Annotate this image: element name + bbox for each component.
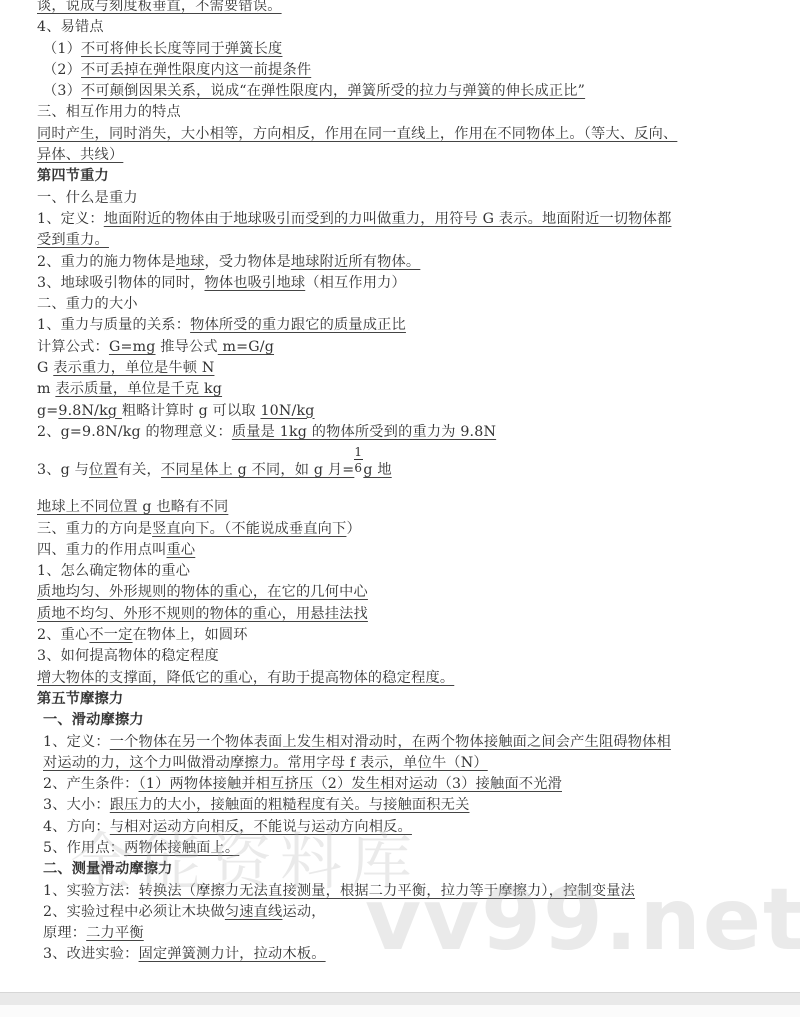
underlined-key-text: 匀速直线 — [225, 904, 283, 920]
text-line: （2）不可丢掉在弹性限度内这一前提条件 — [37, 60, 777, 81]
underlined-key-text: 质地不均匀、外形不规则的物体的重心，用悬挂法找 — [37, 606, 368, 622]
text-line: 4、方向：与相对运动方向相反，不能说与运动方向相反。 — [37, 817, 777, 838]
text-span: （相互作用力） — [305, 275, 406, 291]
underlined-key-text: g 地 — [363, 462, 391, 478]
text-line: 质地均匀、外形规则的物体的重心，在它的几何中心 — [37, 582, 777, 603]
fraction-numerator: 1 — [354, 446, 362, 458]
underlined-key-text: 不可将伸长长度等同于弹簧长度 — [81, 41, 282, 57]
text-span: 1、重力与质量的关系： — [37, 317, 190, 333]
underlined-key-text: 固定弹簧测力计，拉动木板。 — [139, 946, 326, 962]
underlined-key-text: 受到重力。 — [37, 232, 109, 248]
underlined-key-text: 10N/kg — [260, 403, 314, 419]
text-line: 1、实验方法：转换法（摩擦力无法直接测量，根据二力平衡，拉力等于摩擦力），控制变… — [37, 881, 777, 902]
text-span: 粗略计算时 g 可以取 — [122, 403, 261, 419]
fraction-bar — [354, 459, 363, 460]
text-line: 1、定义：一个物体在另一个物体表面上发生相对滑动时，在两个物体接触面之间会产生阻… — [37, 732, 777, 753]
underlined-key-text: 竖直向下。（不能说成垂直向下 — [152, 521, 346, 537]
text-span: 1、怎么确定物体的重心 — [37, 563, 190, 579]
text-span: ，受力物体是 — [205, 254, 291, 270]
text-line: 2、g=9.8N/kg 的物理意义：质量是 1kg 的物体所受到的重力为 9.8… — [37, 422, 777, 443]
underlined-key-text: 一个物体在另一个物体表面上发生相对滑动时，在两个物体接触面之间会产生阻碍物体相 — [110, 734, 671, 750]
text-line: G 表示重力，单位是牛顿 N — [37, 358, 777, 379]
underlined-key-text: 表示质量，单位是千克 kg — [55, 381, 222, 397]
text-span: 2、实验过程中必须让木块做 — [43, 904, 225, 920]
section-heading: 第五节摩擦力 — [37, 689, 777, 710]
text-span: 四、重力的作用点叫 — [37, 542, 167, 558]
text-line: 2、重力的施力物体是地球，受力物体是地球附近所有物体。 — [37, 252, 777, 273]
text-span: 5、作用点： — [43, 840, 124, 856]
text-span: 有关， — [118, 462, 161, 478]
section-heading: 二、测量滑动摩擦力 — [37, 859, 777, 880]
text-line: 增大物体的支撑面，降低它的重心，有助于提高物体的稳定程度。 — [37, 668, 777, 689]
text-span: 2、g=9.8N/kg 的物理意义： — [37, 424, 232, 440]
underlined-key-text: 物体所受的重力跟它的质量成正比 — [190, 317, 406, 333]
text-span: 1、定义： — [37, 211, 104, 227]
text-span: 计算公式： — [37, 339, 109, 355]
text-span: 第四节重力 — [37, 168, 109, 184]
text-span: 一、什么是重力 — [37, 190, 138, 206]
section-heading: 一、滑动摩擦力 — [37, 710, 777, 731]
underlined-key-text: m=G/g — [218, 339, 274, 355]
text-line: （1）不可将伸长长度等同于弹簧长度 — [37, 39, 777, 60]
underlined-key-text: 不可颠倒因果关系，说成“在弹性限度内，弹簧所受的拉力与弹簧的伸长成正比” — [81, 83, 585, 99]
text-line: m 表示质量，单位是千克 kg — [37, 379, 777, 400]
text-line: 2、实验过程中必须让木块做匀速直线运动， — [37, 902, 777, 923]
text-line: 1、重力与质量的关系：物体所受的重力跟它的质量成正比 — [37, 315, 777, 336]
underlined-key-text: 对运动的力，这个力叫做滑动摩擦力。常用字母 f 表示，单位牛（N） — [43, 755, 488, 771]
underlined-key-text: 地球上不同位置 g 也略有不同 — [37, 499, 228, 515]
text-span: 二、测量滑动摩擦力 — [43, 861, 173, 877]
text-span: 4、方向： — [43, 819, 110, 835]
text-line: （3）不可颠倒因果关系，说成“在弹性限度内，弹簧所受的拉力与弹簧的伸长成正比” — [37, 81, 777, 102]
underlined-key-text: 表示重力，单位是牛顿 N — [53, 360, 214, 376]
page-separator — [0, 992, 800, 1006]
text-line: 2、重心不一定在物体上，如圆环 — [37, 625, 777, 646]
underlined-key-text: 同时产生，同时消失，大小相等，方向相反，作用在同一直线上，作用在不同物体上。（等… — [37, 126, 677, 142]
text-span: G — [37, 360, 53, 376]
text-span: 4、易错点 — [37, 19, 104, 35]
text-line: 4、易错点 — [37, 17, 777, 38]
underlined-key-text: 地面附近的物体由于地球吸引而受到的力叫做重力，用符号 G 表示。地面附近一切物体… — [104, 211, 672, 227]
next-page-top — [0, 1005, 800, 1017]
section-heading: 第四节重力 — [37, 166, 777, 187]
underlined-key-text: 与相对运动方向相反，不能说与运动方向相反。 — [110, 819, 412, 835]
text-span: 在物体上，如圆环 — [133, 627, 248, 643]
text-span: 三、相互作用力的特点 — [37, 104, 181, 120]
text-span: 二、重力的大小 — [37, 296, 138, 312]
text-line: 异体、共线） — [37, 145, 777, 166]
underlined-key-text: 跟压力的大小，接触面的粗糙程度有关。与接触面积无关 — [110, 797, 470, 813]
text-span: 一、滑动摩擦力 — [43, 712, 144, 728]
fraction-one-sixth: 16 — [354, 460, 363, 474]
text-span: 2、产生条件： — [43, 776, 139, 792]
text-span: （3） — [43, 83, 81, 99]
text-span: 第五节摩擦力 — [37, 691, 123, 707]
text-span: 3、地球吸引物体的同时， — [37, 275, 205, 291]
text-span: 推导公式 — [156, 339, 218, 355]
underlined-key-text: 二力平衡 — [86, 925, 144, 941]
text-span: 运动， — [282, 904, 325, 920]
text-line: 3、改进实验：固定弹簧测力计，拉动木板。 — [37, 944, 777, 965]
text-span: （1） — [43, 41, 81, 57]
text-line: 3、地球吸引物体的同时，物体也吸引地球（相互作用力） — [37, 273, 777, 294]
document-content: 谈，说成与刻度板垂直，不需要错误。4、易错点（1）不可将伸长长度等同于弹簧长度（… — [37, 0, 777, 966]
text-line: 3、如何提高物体的稳定程度 — [37, 646, 777, 667]
underlined-key-text: 不一定 — [89, 627, 132, 643]
text-line: 受到重力。 — [37, 230, 777, 251]
text-span: 原理： — [43, 925, 86, 941]
text-span: 3、改进实验： — [43, 946, 139, 962]
underlined-key-text: 两物体接触面上。 — [124, 840, 239, 856]
text-span: 1、定义： — [43, 734, 110, 750]
text-span: 2、重力的施力物体是 — [37, 254, 176, 270]
underlined-key-text: 9.8N/kg — [58, 403, 122, 419]
text-line: 原理：二力平衡 — [37, 923, 777, 944]
text-line: 三、重力的方向是竖直向下。（不能说成垂直向下） — [37, 519, 777, 540]
underlined-key-text: 物体也吸引地球 — [205, 275, 306, 291]
text-line: 谈，说成与刻度板垂直，不需要错误。 — [37, 0, 777, 17]
text-line: 1、怎么确定物体的重心 — [37, 561, 777, 582]
text-span: 3、g 与 — [37, 462, 89, 478]
underlined-key-text: 位置 — [89, 462, 118, 478]
underlined-key-text: （1）两物体接触并相互挤压（2）发生相对运动（3）接触面不光滑 — [139, 776, 562, 792]
underlined-key-text: 增大物体的支撑面，降低它的重心，有助于提高物体的稳定程度。 — [37, 670, 454, 686]
underlined-key-text: 谈，说成与刻度板垂直，不需要错误。 — [37, 0, 282, 14]
underlined-key-text: 不可丢掉在弹性限度内这一前提条件 — [81, 62, 311, 78]
text-span: ） — [346, 521, 360, 537]
text-line: 质地不均匀、外形不规则的物体的重心，用悬挂法找 — [37, 604, 777, 625]
text-line: 3、大小：跟压力的大小，接触面的粗糙程度有关。与接触面积无关 — [37, 795, 777, 816]
fraction-denominator: 6 — [354, 462, 362, 474]
text-line: 对运动的力，这个力叫做滑动摩擦力。常用字母 f 表示，单位牛（N） — [37, 753, 777, 774]
text-span: 三、重力的方向是 — [37, 521, 152, 537]
underlined-key-text: 地球 — [176, 254, 205, 270]
underlined-key-text: 质量是 1kg 的物体所受到的重力为 9.8N — [232, 424, 496, 440]
underlined-key-text: G=mg — [109, 339, 156, 355]
text-span: 2、重心 — [37, 627, 89, 643]
text-line: 5、作用点：两物体接触面上。 — [37, 838, 777, 859]
text-line: 2、产生条件：（1）两物体接触并相互挤压（2）发生相对运动（3）接触面不光滑 — [37, 774, 777, 795]
document-page: 谈，说成与刻度板垂直，不需要错误。4、易错点（1）不可将伸长长度等同于弹簧长度（… — [0, 0, 800, 992]
text-span: g= — [37, 403, 58, 419]
gravity-fraction-line: 3、g 与位置有关，不同星体上 g 不同，如 g 月=16g 地 — [37, 455, 777, 497]
underlined-key-text: 地球附近所有物体。 — [291, 254, 421, 270]
text-span: （2） — [43, 62, 81, 78]
text-line: 计算公式：G=mg 推导公式 m=G/g — [37, 337, 777, 358]
underlined-key-text: 异体、共线） — [37, 147, 123, 163]
text-line: 同时产生，同时消失，大小相等，方向相反，作用在同一直线上，作用在不同物体上。（等… — [37, 124, 777, 145]
text-line: 1、定义：地面附近的物体由于地球吸引而受到的力叫做重力，用符号 G 表示。地面附… — [37, 209, 777, 230]
text-line: 地球上不同位置 g 也略有不同 — [37, 497, 777, 518]
text-line: g=9.8N/kg 粗略计算时 g 可以取 10N/kg — [37, 401, 777, 422]
underlined-key-text: 质地均匀、外形规则的物体的重心，在它的几何中心 — [37, 584, 368, 600]
text-line: 二、重力的大小 — [37, 294, 777, 315]
underlined-key-text: 转换法（摩擦力无法直接测量，根据二力平衡，拉力等于摩擦力），控制变量法 — [139, 883, 635, 899]
text-line: 四、重力的作用点叫重心 — [37, 540, 777, 561]
text-line: 一、什么是重力 — [37, 188, 777, 209]
underlined-key-text: 重心 — [167, 542, 196, 558]
text-span: 3、如何提高物体的稳定程度 — [37, 648, 219, 664]
text-line: 三、相互作用力的特点 — [37, 102, 777, 123]
text-span: 3、大小： — [43, 797, 110, 813]
underlined-key-text: 不同星体上 g 不同，如 g 月= — [161, 462, 354, 478]
text-span: 1、实验方法： — [43, 883, 139, 899]
text-span: m — [37, 381, 55, 397]
